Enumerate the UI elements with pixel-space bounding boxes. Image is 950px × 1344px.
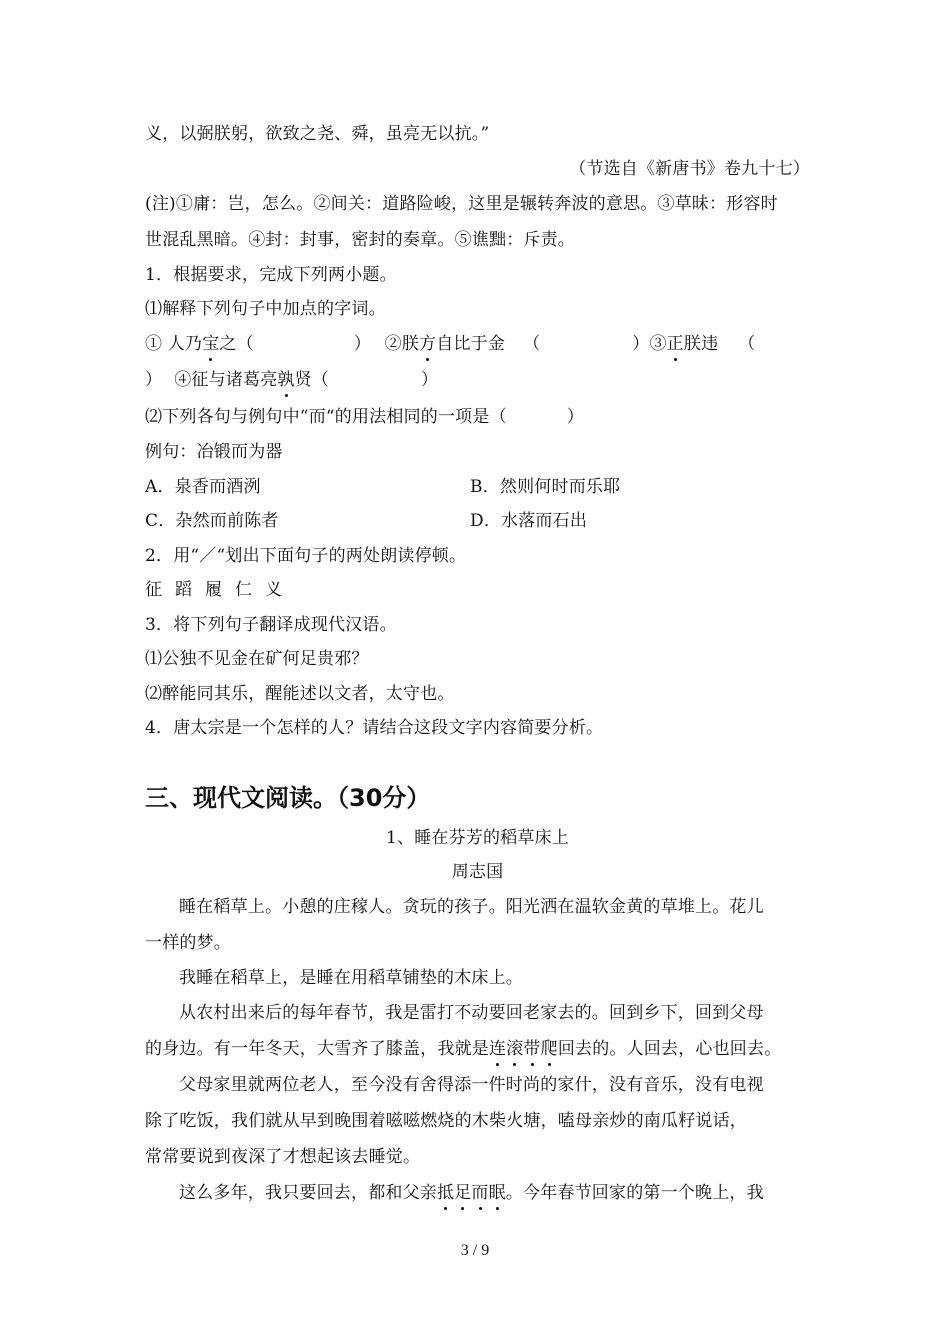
item-3-dotted-char: 正: [667, 332, 684, 356]
notes-line-1: (注)①庸：岂，怎么。②间关：道路险峻，这里是辗转奔波的意思。③草昧：形容时: [145, 192, 810, 216]
question-1-items-line-1: ① 人乃宝之（） ②朕方自比于金（）③正朕违（: [145, 332, 810, 356]
question-1-sub2-line: ⑵下列各句与例句中“而“的用法相同的一项是（）: [145, 405, 810, 429]
question-3-title: 3．将下列句子翻译成现代汉语。: [145, 613, 810, 637]
options-row-1: A．泉香而酒洌 B．然则何时而乐耶: [145, 475, 810, 499]
item-3-prefix: ③: [649, 334, 666, 354]
p3-dotted-char-3: 带: [523, 1037, 540, 1061]
article-title: 1、睡在芬芳的稻草床上: [145, 826, 810, 850]
document-page: 义，以弼朕躬，欲致之尧、舜，虽亮无以抗。” （节选自《新唐书》卷九十七） (注)…: [0, 0, 950, 1344]
paragraph-3-line-2: 的身边。有一年冬天，大雪齐了膝盖，我就是连滚带爬回去的。人回去，心也回去。: [145, 1037, 810, 1061]
option-b[interactable]: B．然则何时而乐耶: [470, 475, 620, 499]
p5-dotted-char-3: 而: [471, 1181, 488, 1205]
page-number: 3 / 9: [0, 1242, 950, 1260]
p3-dotted-char-4: 爬: [541, 1037, 558, 1061]
question-1-title: 1．根据要求，完成下列两小题。: [145, 263, 810, 287]
item-2-dotted-char: 方: [419, 332, 436, 356]
paragraph-4-line-2: 除了吃饭，我们就从早到晚围着嗞嗞燃烧的木柴火塘，嗑母亲炒的南瓜籽说话，: [145, 1109, 810, 1133]
item-2-suffix: 自比于金: [436, 334, 505, 354]
passage-end-line: 义，以弼朕躬，欲致之尧、舜，虽亮无以抗。”: [145, 122, 810, 146]
q2-char-4: 仁: [235, 578, 265, 602]
paragraph-2: 我睡在稻草上，是睡在用稻草铺垫的木床上。: [145, 966, 810, 990]
paragraph-4-line-1: 父母家里就两位老人，至今没有舍得添一件时尚的家什，没有音乐，没有电视: [145, 1073, 810, 1097]
question-3-sentence-2: ⑵醉能同其乐，醒能述以文者，太守也。: [145, 682, 810, 706]
item-1-close: ）: [354, 334, 371, 354]
question-1-sub2-title: ⑵下列各句与例句中“而“的用法相同的一项是（: [145, 407, 507, 427]
question-1-sub1-title: ⑴解释下列句子中加点的字词。: [145, 297, 810, 321]
p5-suffix: 。今年春节回家的第一个晚上，我: [506, 1183, 764, 1203]
paragraph-3-line-1: 从农村出来后的每年春节，我是雷打不动要回老家去的。回到乡下，回到父母: [145, 1001, 810, 1025]
notes-line-2: 世混乱黑暗。④封：封事，密封的奏章。⑤谯黜：斥责。: [145, 228, 810, 252]
question-1-items-line-2: ）④征与诸葛亮孰贤（）: [145, 368, 810, 392]
item-4-suffix: 贤（: [295, 370, 329, 390]
article-author: 周志国: [145, 860, 810, 884]
question-4-title: 4．唐太宗是一个怎样的人？请结合这段文字内容简要分析。: [145, 716, 810, 740]
item-1-prefix: ① 人乃: [145, 334, 202, 354]
p5-dotted-char-4: 眠: [489, 1181, 506, 1205]
paragraph-1-line-1: 睡在稻草上。小憩的庄稼人。贪玩的孩子。阳光洒在温软金黄的草堆上。花儿: [145, 895, 810, 919]
item-4-dotted-char: 孰: [277, 368, 294, 392]
item-1-dotted-char: 宝: [202, 332, 219, 356]
paragraph-5-line-1: 这么多年，我只要回去，都和父亲抵足而眠。今年春节回家的第一个晚上，我: [145, 1181, 810, 1205]
question-2-title: 2．用“／“划出下面句子的两处朗读停顿。: [145, 544, 810, 568]
item-2-close: ）: [632, 334, 649, 354]
item-4-prefix: ④征与诸葛亮: [174, 370, 277, 390]
passage-source: （节选自《新唐书》卷九十七）: [145, 157, 810, 181]
option-c[interactable]: C．杂然而前陈者: [145, 511, 279, 531]
p3-dotted-char-2: 滚: [506, 1037, 523, 1061]
item-2-prefix: ②朕: [385, 334, 419, 354]
item-4-close: ）: [421, 370, 438, 390]
p3-line2-suffix: 回去的。人回去，心也回去。: [558, 1039, 782, 1059]
item-3-suffix: 朕违: [684, 334, 718, 354]
item-3-close: ）: [145, 370, 162, 390]
paragraph-1-line-2: 一样的梦。: [145, 931, 810, 955]
question-3-sentence-1: ⑴公独不见金在矿何足贵邪？: [145, 647, 810, 671]
option-a[interactable]: A．泉香而酒洌: [145, 477, 261, 497]
options-row-2: C．杂然而前陈者 D．水落而石出: [145, 509, 810, 533]
q2-char-5: 义: [265, 578, 295, 602]
item-3-open: （: [738, 334, 755, 354]
p3-dotted-char-1: 连: [489, 1037, 506, 1061]
p3-line2-prefix: 的身边。有一年冬天，大雪齐了膝盖，我就是: [145, 1039, 489, 1059]
option-d[interactable]: D．水落而石出: [470, 509, 587, 533]
item-1-suffix: 之（: [219, 334, 253, 354]
paragraph-4-line-3: 常常要说到夜深了才想起该去睡觉。: [145, 1145, 810, 1169]
p5-dotted-char-2: 足: [454, 1181, 471, 1205]
p5-dotted-char-1: 抵: [437, 1181, 454, 1205]
q2-char-1: 征: [145, 578, 175, 602]
p5-prefix: 这么多年，我只要回去，都和父亲: [179, 1183, 437, 1203]
q2-char-2: 蹈: [175, 578, 205, 602]
question-1-sub2-close: ）: [567, 407, 584, 427]
section-3-heading: 三、现代文阅读。（30分）: [145, 782, 430, 814]
question-2-sentence: 征蹈履仁义: [145, 578, 810, 602]
example-sentence: 例句：冶锻而为器: [145, 440, 810, 464]
item-2-open: （: [523, 334, 540, 354]
q2-char-3: 履: [205, 578, 235, 602]
